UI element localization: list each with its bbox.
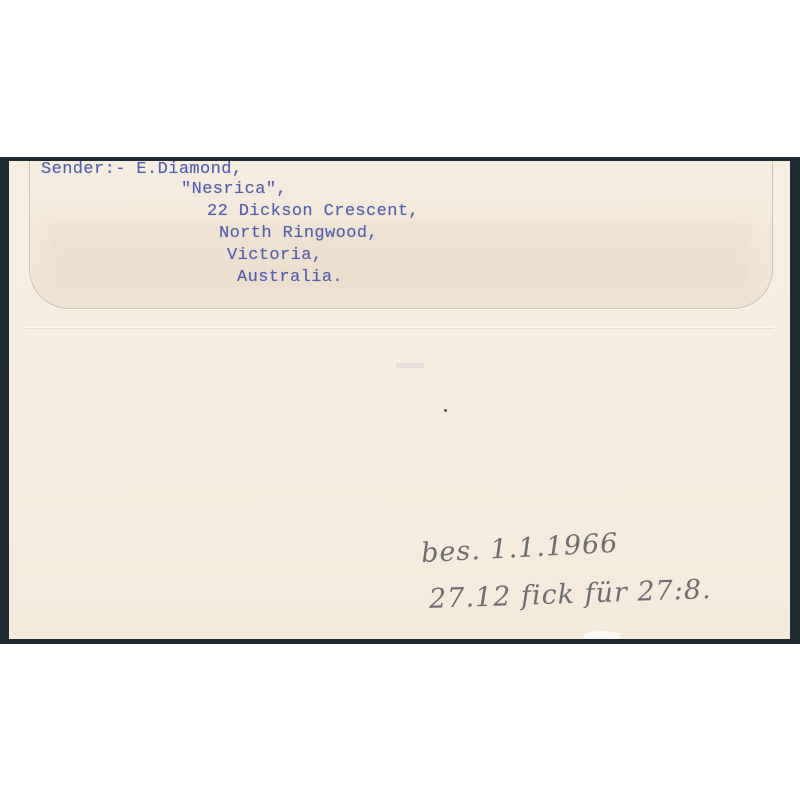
sender-line-street: 22 Dickson Crescent, bbox=[207, 201, 419, 223]
fold-line bbox=[25, 327, 774, 328]
ink-dot bbox=[444, 409, 447, 412]
faint-mark bbox=[396, 363, 424, 368]
handwritten-note-dates: 27.12 fick für 27:8. bbox=[429, 574, 713, 615]
sender-line-name: Sender:- E.Diamond, bbox=[41, 161, 242, 181]
sender-line-suburb: North Ringwood, bbox=[219, 223, 378, 245]
sender-line-state: Victoria, bbox=[227, 245, 322, 267]
paper-tear bbox=[584, 631, 620, 639]
flap-shadow bbox=[49, 221, 749, 291]
sender-address: Sender:- E.Diamond, "Nesrica", 22 Dickso… bbox=[41, 161, 105, 331]
handwritten-note-received: bes. 1.1.1966 bbox=[420, 528, 619, 569]
scan-background: Sender:- E.Diamond, "Nesrica", 22 Dickso… bbox=[0, 157, 800, 644]
envelope: Sender:- E.Diamond, "Nesrica", 22 Dickso… bbox=[9, 161, 790, 639]
sender-line-country: Australia. bbox=[237, 267, 343, 289]
sender-line-house: "Nesrica", bbox=[181, 179, 287, 201]
